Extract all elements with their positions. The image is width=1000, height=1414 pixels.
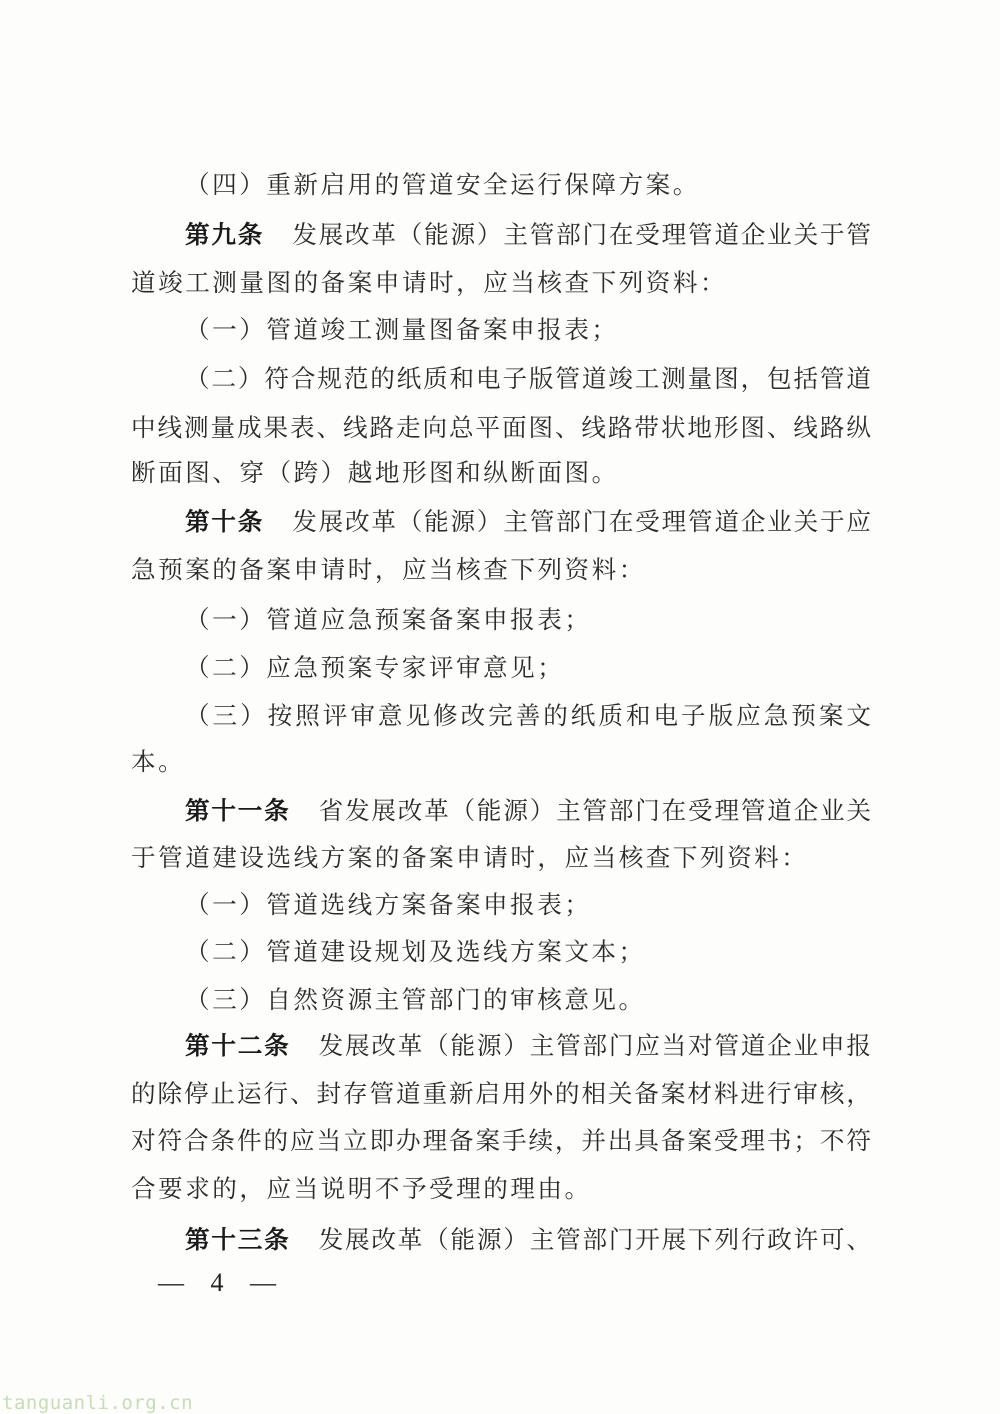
article-label: 第十三条 [185,1225,291,1254]
article-text: 发展改革（能源）主管部门开展下列行政许可、 [319,1225,871,1254]
article-12-line: 第十二条发展改革（能源）主管部门应当对管道企业申报 [131,1029,871,1063]
article-text: 发展改革（能源）主管部门在受理管道企业关于应 [292,507,871,536]
continuation-line: 于管道建设选线方案的备案申请时，应当核查下列资料： [131,841,871,875]
item-line: （二）管道建设规划及选线方案文本； [131,935,871,969]
continuation-line: 断面图、穿（跨）越地形图和纵断面图。 [131,456,871,490]
page-number: — 4 — [158,1268,286,1298]
item-line: （二）应急预案专家评审意见； [131,651,871,685]
item-line: （四）重新启用的管道安全运行保障方案。 [131,168,871,202]
article-text: 发展改革（能源）主管部门应当对管道企业申报 [319,1031,871,1060]
item-line: （一）管道竣工测量图备案申报表； [131,313,871,347]
article-13-line: 第十三条发展改革（能源）主管部门开展下列行政许可、 [131,1223,871,1257]
continuation-line: 道竣工测量图的备案申请时，应当核查下列资料： [131,266,871,300]
continuation-line: 中线测量成果表、线路走向总平面图、线路带状地形图、线路纵 [131,411,871,445]
continuation-line: 合要求的，应当说明不予受理的理由。 [131,1172,871,1206]
continuation-line: 的除停止运行、封存管道重新启用外的相关备案材料进行审核， [131,1077,871,1111]
item-line: （一）管道应急预案备案申报表； [131,603,871,637]
item-line: （三）按照评审意见修改完善的纸质和电子版应急预案文 [131,699,871,733]
article-11-line: 第十一条省发展改革（能源）主管部门在受理管道企业关 [131,794,871,828]
continuation-line: 本。 [131,745,871,779]
article-9-line: 第九条发展改革（能源）主管部门在受理管道企业关于管 [131,218,871,252]
continuation-line: 急预案的备案申请时，应当核查下列资料： [131,553,871,587]
continuation-line: 对符合条件的应当立即办理备案手续，并出具备案受理书；不符 [131,1124,871,1158]
article-10-line: 第十条发展改革（能源）主管部门在受理管道企业关于应 [131,505,871,539]
article-label: 第十一条 [185,796,291,825]
article-label: 第九条 [185,220,264,249]
article-label: 第十条 [185,507,264,536]
article-text: 省发展改革（能源）主管部门在受理管道企业关 [319,796,871,825]
item-line: （二）符合规范的纸质和电子版管道竣工测量图，包括管道 [131,362,871,396]
item-line: （三）自然资源主管部门的审核意见。 [131,983,871,1017]
article-text: 发展改革（能源）主管部门在受理管道企业关于管 [292,220,871,249]
watermark: tanguanli.org.cn [2,1392,193,1414]
article-label: 第十二条 [185,1031,291,1060]
item-line: （一）管道选线方案备案申报表； [131,888,871,922]
